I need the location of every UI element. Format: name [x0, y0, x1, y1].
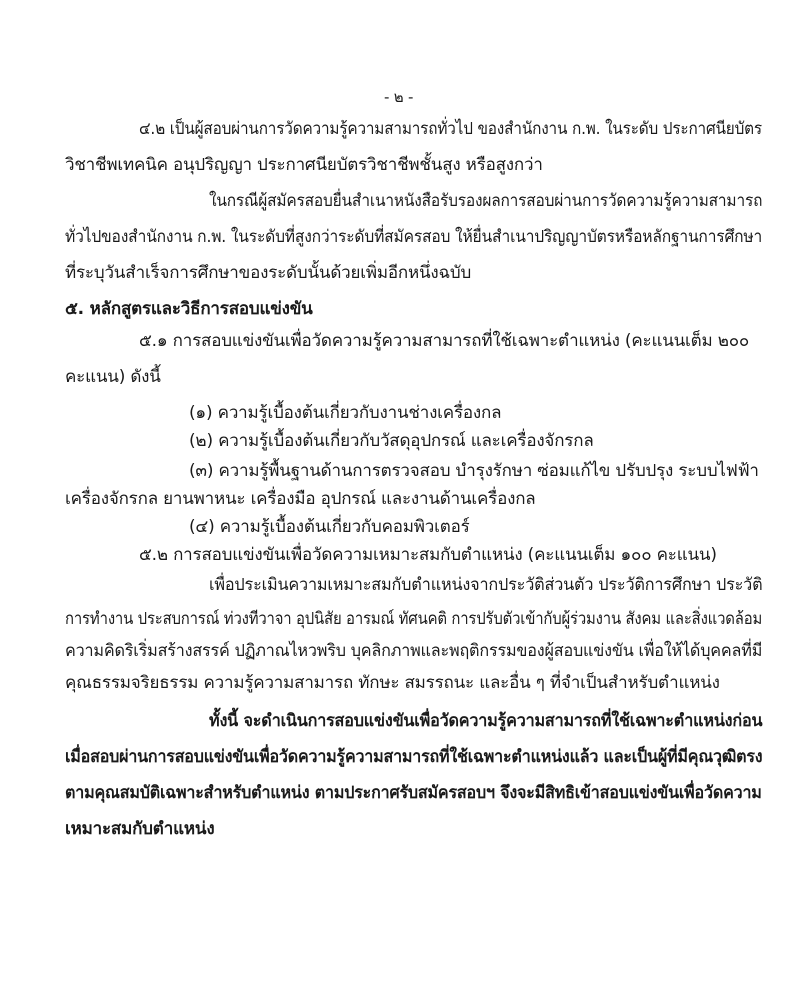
- page-number: - ๒ -: [384, 86, 413, 108]
- text-line: เหมาะสมกับตำแหน่ง: [65, 818, 214, 840]
- text-line: (๒) ความรู้เบื้องต้นเกี่ยวกับวัสดุอุปกรณ…: [189, 430, 594, 452]
- text-line: ๕.๒ การสอบแข่งขันเพื่อวัดความเหมาะสมกับต…: [139, 544, 717, 566]
- text-line: ทั้งนี้ จะดำเนินการสอบแข่งขันเพื่อวัดควา…: [209, 710, 762, 732]
- text-line: ในกรณีผู้สมัครสอบยื่นสำเนาหนังสือรับรองผ…: [209, 190, 762, 212]
- text-line: ตามคุณสมบัติเฉพาะสำหรับตำแหน่ง ตามประกาศ…: [65, 782, 762, 804]
- text-line: เครื่องจักรกล ยานพาหนะ เครื่องมือ อุปกรณ…: [65, 488, 536, 510]
- text-line: ๕. หลักสูตรและวิธีการสอบแข่งขัน: [65, 298, 313, 320]
- text-line: ทั่วไปของสำนักงาน ก.พ. ในระดับที่สูงกว่า…: [65, 226, 762, 248]
- text-line: (๔) ความรู้เบื้องต้นเกี่ยวกับคอมพิวเตอร์: [189, 516, 470, 538]
- text-line: ที่ระบุวันสำเร็จการศึกษาของระดับนั้นด้วย…: [65, 262, 471, 284]
- text-line: เมื่อสอบผ่านการสอบแข่งขันเพื่อวัดความรู้…: [65, 746, 762, 768]
- text-line: ๕.๑ การสอบแข่งขันเพื่อวัดความรู้ความสามา…: [139, 330, 749, 352]
- text-line: คุณธรรมจริยธรรม ความรู้ความสามารถ ทักษะ …: [65, 672, 720, 694]
- text-line: (๑) ความรู้เบื้องต้นเกี่ยวกับงานช่างเครื…: [189, 402, 501, 424]
- text-line: วิชาชีพเทคนิค อนุปริญญา ประกาศนียบัตรวิช…: [65, 154, 543, 176]
- text-line: คะแนน) ดังนี้: [65, 366, 161, 388]
- text-line: การทำงาน ประสบการณ์ ท่วงทีวาจา อุปนิสัย …: [65, 608, 762, 630]
- text-line: ๔.๒ เป็นผู้สอบผ่านการวัดความรู้ความสามาร…: [139, 118, 762, 140]
- text-line: (๓) ความรู้พื้นฐานด้านการตรวจสอบ บำรุงรั…: [189, 460, 759, 482]
- text-line: ความคิดริเริ่มสร้างสรรค์ ปฏิภาณไหวพริบ บ…: [65, 640, 762, 662]
- text-line: เพื่อประเมินความเหมาะสมกับตำแหน่งจากประว…: [209, 574, 762, 596]
